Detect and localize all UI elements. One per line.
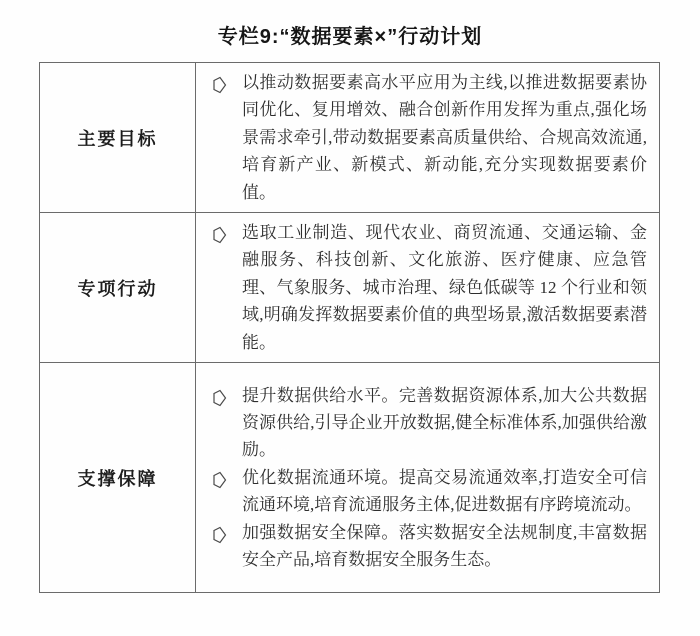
list-item: 加强数据安全保障。落实数据安全法规制度,丰富数据安全产品,培育数据安全服务生态。 xyxy=(210,519,647,574)
pentagon-arrow-icon xyxy=(212,526,228,544)
bullet-text: 加强数据安全保障。落实数据安全法规制度,丰富数据安全产品,培育数据安全服务生态。 xyxy=(242,519,647,574)
bullet-text: 提升数据供给水平。完善数据资源体系,加大公共数据资源供给,引导企业开放数据,健全… xyxy=(242,382,647,464)
pentagon-arrow-icon xyxy=(212,76,228,94)
list-item: 选取工业制造、现代农业、商贸流通、交通运输、金融服务、科技创新、文化旅游、医疗健… xyxy=(210,219,647,356)
pentagon-arrow-icon xyxy=(212,389,228,407)
action-plan-table: 主要目标 以推动数据要素高水平应用为主线,以推进数据要素协同优化、复用增效、融合… xyxy=(39,62,660,593)
list-item: 优化数据流通环境。提高交易流通效率,打造安全可信流通环境,培育流通服务主体,促进… xyxy=(210,464,647,519)
list-item: 以推动数据要素高水平应用为主线,以推进数据要素协同优化、复用增效、融合创新作用发… xyxy=(210,69,647,206)
bullet-text: 选取工业制造、现代农业、商贸流通、交通运输、金融服务、科技创新、文化旅游、医疗健… xyxy=(242,219,647,356)
pentagon-arrow-icon xyxy=(212,226,228,244)
table-row: 专项行动 选取工业制造、现代农业、商贸流通、交通运输、金融服务、科技创新、文化旅… xyxy=(40,213,659,363)
row-label: 专项行动 xyxy=(78,275,158,301)
row-label-cell: 支撑保障 xyxy=(40,363,196,592)
row-content-cell: 选取工业制造、现代农业、商贸流通、交通运输、金融服务、科技创新、文化旅游、医疗健… xyxy=(196,213,659,362)
row-label: 主要目标 xyxy=(78,125,158,151)
row-label: 支撑保障 xyxy=(78,465,158,491)
row-label-cell: 专项行动 xyxy=(40,213,196,362)
table-row: 支撑保障 提升数据供给水平。完善数据资源体系,加大公共数据资源供给,引导企业开放… xyxy=(40,363,659,592)
page-title: 专栏9:“数据要素×”行动计划 xyxy=(0,20,700,49)
pentagon-arrow-icon xyxy=(212,471,228,489)
row-content-cell: 提升数据供给水平。完善数据资源体系,加大公共数据资源供给,引导企业开放数据,健全… xyxy=(196,363,659,592)
row-content-cell: 以推动数据要素高水平应用为主线,以推进数据要素协同优化、复用增效、融合创新作用发… xyxy=(196,63,659,212)
table-row: 主要目标 以推动数据要素高水平应用为主线,以推进数据要素协同优化、复用增效、融合… xyxy=(40,63,659,213)
document-page: 专栏9:“数据要素×”行动计划 主要目标 以推动数据要素高水平应用为主线,以推进… xyxy=(0,0,700,636)
bullet-text: 优化数据流通环境。提高交易流通效率,打造安全可信流通环境,培育流通服务主体,促进… xyxy=(242,464,647,519)
list-item: 提升数据供给水平。完善数据资源体系,加大公共数据资源供给,引导企业开放数据,健全… xyxy=(210,382,647,464)
row-label-cell: 主要目标 xyxy=(40,63,196,212)
bullet-text: 以推动数据要素高水平应用为主线,以推进数据要素协同优化、复用增效、融合创新作用发… xyxy=(242,69,647,206)
